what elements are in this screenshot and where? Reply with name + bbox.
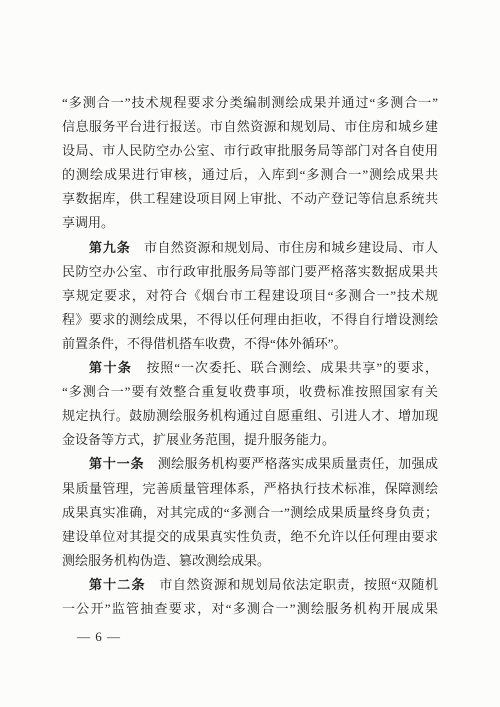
document-line: 规定执行。鼓励测绘服务机构通过自愿重组、引进人才、增加现 bbox=[62, 404, 438, 428]
line-text: 市自然资源和规划局依法定职责，按照“双随机 bbox=[146, 577, 438, 592]
line-text: 信息服务平台进行报送。市自然资源和规划局、市住房和城乡建 bbox=[62, 119, 438, 134]
document-line: 信息服务平台进行报送。市自然资源和规划局、市住房和城乡建 bbox=[62, 115, 438, 139]
line-text: 的测绘成果进行审核，通过后，入库到“多测合一”测绘成果共 bbox=[62, 167, 438, 182]
document-line: 第九条 市自然资源和规划局、市住房和城乡建设局、市人 bbox=[62, 236, 438, 260]
line-text: 享数据库，供工程建设项目网上审批、不动产登记等信息系统共 bbox=[62, 191, 438, 206]
line-text: 一公开”监管抽查要求，对“多测合一”测绘服务机构开展成果 bbox=[62, 601, 438, 616]
document-line: 成果真实准确，对其完成的“多测合一”测绘成果质量终身负责； bbox=[62, 501, 438, 525]
document-line: “多测合一”技术规程要求分类编制测绘成果并通过“多测合一” bbox=[62, 91, 438, 115]
document-line: 民防空办公室、市行政审批服务局等部门要严格落实数据成果共 bbox=[62, 260, 438, 284]
line-text: 按照“一次委托、联合测绘、成果共享”的要求， bbox=[132, 360, 438, 375]
document-line: 果质量管理，完善质量管理体系，严格执行技术标准，保障测绘 bbox=[62, 477, 438, 501]
line-text: 设局、市人民防空办公室、市行政审批服务局等部门对各自使用 bbox=[62, 143, 438, 158]
document-line: 一公开”监管抽查要求，对“多测合一”测绘服务机构开展成果 bbox=[62, 597, 438, 621]
document-page: “多测合一”技术规程要求分类编制测绘成果并通过“多测合一”信息服务平台进行报送。… bbox=[0, 0, 500, 707]
line-text: 享规定要求，对符合《烟台市工程建设项目“多测合一”技术规 bbox=[62, 288, 438, 303]
document-line: 前置条件，不得借机搭车收费，不得“体外循环”。 bbox=[62, 332, 438, 356]
document-line: 的测绘成果进行审核，通过后，入库到“多测合一”测绘成果共 bbox=[62, 163, 438, 187]
article-number: 第十一条 bbox=[89, 456, 144, 471]
document-line: 建设单位对其提交的成果真实性负责，绝不允许以任何理由要求 bbox=[62, 525, 438, 549]
document-line: 第十二条 市自然资源和规划局依法定职责，按照“双随机 bbox=[62, 573, 438, 597]
document-line: 享数据库，供工程建设项目网上审批、不动产登记等信息系统共 bbox=[62, 187, 438, 211]
line-text: 规定执行。鼓励测绘服务机构通过自愿重组、引进人才、增加现 bbox=[62, 408, 438, 423]
document-line: “多测合一”要有效整合重复收费事项，收费标准按照国家有关 bbox=[62, 380, 438, 404]
document-line: 程》要求的测绘成果，不得以任何理由拒收，不得自行增设测绘 bbox=[62, 308, 438, 332]
document-line: 测绘服务机构伪造、篡改测绘成果。 bbox=[62, 549, 438, 573]
line-text: 程》要求的测绘成果，不得以任何理由拒收，不得自行增设测绘 bbox=[62, 312, 438, 327]
article-number: 第十条 bbox=[89, 360, 132, 375]
line-text: 建设单位对其提交的成果真实性负责，绝不允许以任何理由要求 bbox=[62, 529, 438, 544]
document-line: 第十一条 测绘服务机构要严格落实成果质量责任，加强成 bbox=[62, 452, 438, 476]
document-line: 设局、市人民防空办公室、市行政审批服务局等部门对各自使用 bbox=[62, 139, 438, 163]
line-text: 金设备等方式，扩展业务范围，提升服务能力。 bbox=[62, 432, 335, 447]
page-number: — 6 — bbox=[77, 630, 121, 644]
document-line: 享规定要求，对符合《烟台市工程建设项目“多测合一”技术规 bbox=[62, 284, 438, 308]
line-text: 测绘服务机构要严格落实成果质量责任，加强成 bbox=[144, 456, 438, 471]
document-line: 享调用。 bbox=[62, 211, 438, 235]
line-text: 民防空办公室、市行政审批服务局等部门要严格落实数据成果共 bbox=[62, 264, 438, 279]
line-text: “多测合一”要有效整合重复收费事项，收费标准按照国家有关 bbox=[62, 384, 438, 399]
document-line: 金设备等方式，扩展业务范围，提升服务能力。 bbox=[62, 428, 438, 452]
document-body: “多测合一”技术规程要求分类编制测绘成果并通过“多测合一”信息服务平台进行报送。… bbox=[62, 91, 438, 621]
article-number: 第十二条 bbox=[89, 577, 146, 592]
line-text: 果质量管理，完善质量管理体系，严格执行技术标准，保障测绘 bbox=[62, 481, 438, 496]
article-number: 第九条 bbox=[89, 240, 131, 255]
line-text: 享调用。 bbox=[62, 215, 114, 230]
line-text: “多测合一”技术规程要求分类编制测绘成果并通过“多测合一” bbox=[62, 95, 438, 110]
line-text: 成果真实准确，对其完成的“多测合一”测绘成果质量终身负责； bbox=[62, 505, 438, 520]
line-text: 前置条件，不得借机搭车收费，不得“体外循环”。 bbox=[62, 336, 347, 351]
line-text: 测绘服务机构伪造、篡改测绘成果。 bbox=[62, 553, 270, 568]
line-text: 市自然资源和规划局、市住房和城乡建设局、市人 bbox=[131, 240, 438, 255]
document-line: 第十条 按照“一次委托、联合测绘、成果共享”的要求， bbox=[62, 356, 438, 380]
